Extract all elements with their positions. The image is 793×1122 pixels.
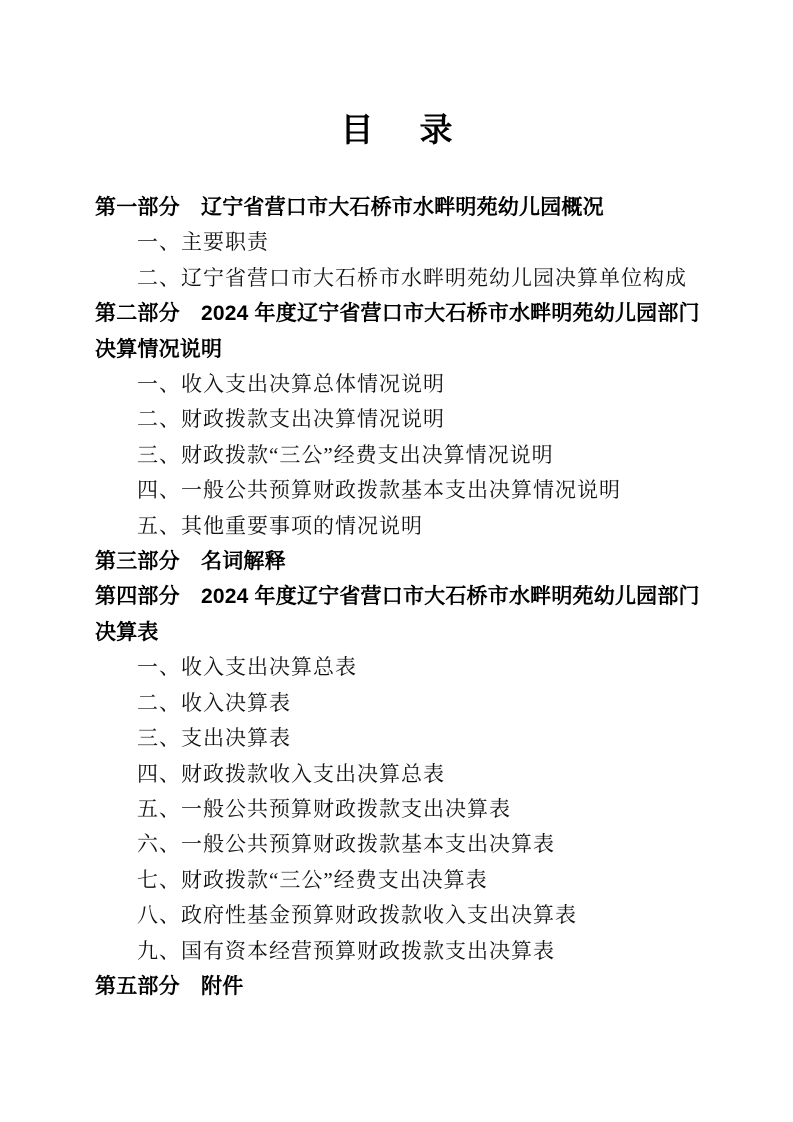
toc-item: 二、辽宁省营口市大石桥市水畔明苑幼儿园决算单位构成: [95, 261, 709, 296]
toc-item: 二、收入决算表: [95, 686, 709, 721]
toc-item: 六、一般公共预算财政拨款基本支出决算表: [95, 827, 709, 862]
table-of-contents: 第一部分 辽宁省营口市大石桥市水畔明苑幼儿园概况一、主要职责二、辽宁省营口市大石…: [95, 190, 709, 1004]
toc-item: 二、财政拨款支出决算情况说明: [95, 402, 709, 437]
toc-section-heading: 第三部分 名词解释: [95, 544, 709, 579]
toc-item: 七、财政拨款“三公”经费支出决算表: [95, 863, 709, 898]
page-title-char-right: 录: [420, 112, 453, 150]
toc-section-heading: 第二部分 2024 年度辽宁省营口市大石桥市水畔明苑幼儿园部门决算情况说明: [95, 296, 709, 367]
page-title-char-left: 目: [341, 112, 374, 150]
toc-item: 一、收入支出决算总表: [95, 650, 709, 685]
toc-item: 一、主要职责: [95, 225, 709, 260]
toc-item: 五、一般公共预算财政拨款支出决算表: [95, 792, 709, 827]
toc-item: 四、一般公共预算财政拨款基本支出决算情况说明: [95, 473, 709, 508]
page-title: 目 录: [0, 112, 793, 150]
document-page: 目 录 第一部分 辽宁省营口市大石桥市水畔明苑幼儿园概况一、主要职责二、辽宁省营…: [0, 0, 793, 1122]
toc-item: 三、财政拨款“三公”经费支出决算情况说明: [95, 438, 709, 473]
toc-section-heading: 第五部分 附件: [95, 969, 709, 1004]
toc-item: 五、其他重要事项的情况说明: [95, 509, 709, 544]
toc-item: 一、收入支出决算总体情况说明: [95, 367, 709, 402]
toc-item: 三、支出决算表: [95, 721, 709, 756]
toc-item: 九、国有资本经营预算财政拨款支出决算表: [95, 934, 709, 969]
toc-item: 八、政府性基金预算财政拨款收入支出决算表: [95, 898, 709, 933]
toc-item: 四、财政拨款收入支出决算总表: [95, 757, 709, 792]
toc-section-heading: 第一部分 辽宁省营口市大石桥市水畔明苑幼儿园概况: [95, 190, 709, 225]
toc-section-heading: 第四部分 2024 年度辽宁省营口市大石桥市水畔明苑幼儿园部门决算表: [95, 579, 709, 650]
